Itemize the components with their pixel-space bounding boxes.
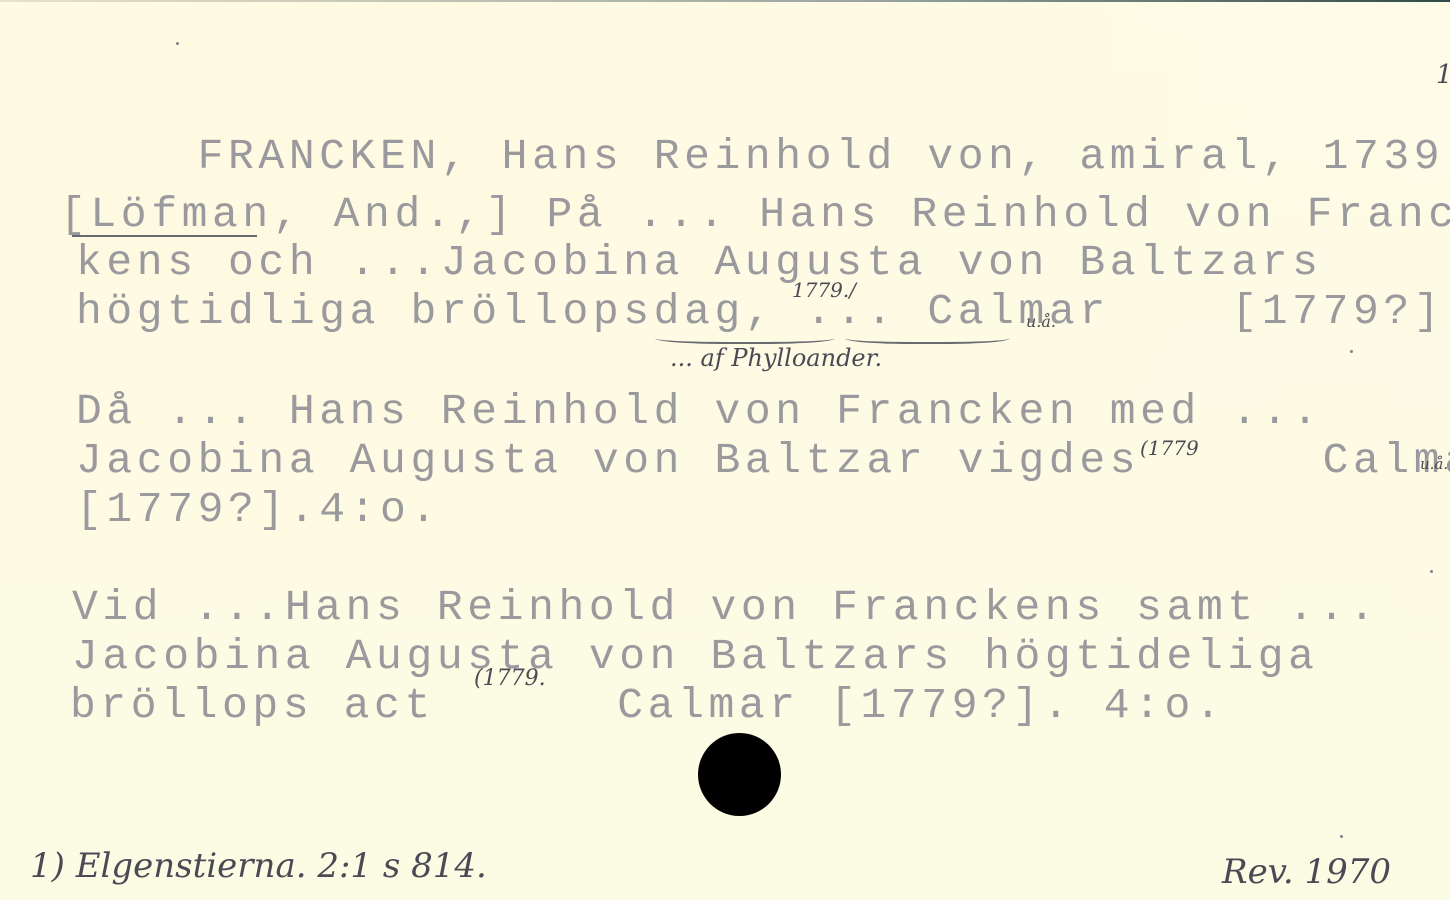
card-top-edge [0, 0, 1450, 2]
entry-2-handwritten-u-a: u.å. [1420, 455, 1448, 473]
entry-2-line-1: Då ... Hans Reinhold von Francken med ..… [76, 390, 1323, 433]
paper-speck [1350, 350, 1353, 353]
entry-2-line-3: [1779?].4:o. [76, 488, 441, 531]
paper-speck [1340, 835, 1343, 838]
heading-rest: Hans Reinhold von, amiral, 1739-1813 [471, 132, 1450, 181]
entry-1-handwritten-u-a: u.å. [1026, 312, 1056, 331]
paper-speck [1430, 570, 1433, 573]
entry-1-line-1: [Löfman, And.,] På ... Hans Reinhold von… [60, 193, 1450, 236]
footnote-reference: 1) Elgenstierna. 2:1 s 814. [30, 846, 487, 886]
entry-2-handwritten-year: (1779 [1140, 436, 1199, 460]
entry-1-handwritten-attribution: ... af Phylloander. [670, 344, 882, 372]
entry-3-line-2: Jacobina Augusta von Baltzars högtidelig… [72, 635, 1319, 678]
entry-1-line-2: kens och ...Jacobina Augusta von Baltzar… [76, 241, 1323, 284]
entry-3-line-3: bröllops act Calmar [1779?]. 4:o. [70, 684, 1225, 727]
entry-1-handwritten-year: 1779./ [792, 278, 856, 302]
catalog-card: FRANCKEN, Hans Reinhold von, amiral, 173… [0, 0, 1450, 900]
brace-left [655, 330, 835, 344]
revision-note: Rev. 1970 [1222, 852, 1391, 892]
heading-surname: FRANCKEN, [198, 132, 472, 181]
entry-2-line-2: Jacobina Augusta von Baltzar vigdes Calm… [76, 439, 1450, 482]
author-underline [72, 235, 257, 237]
paper-speck [176, 42, 179, 45]
footnote-mark: 1 [1436, 60, 1450, 90]
punch-hole [698, 733, 781, 816]
brace-right [845, 330, 1010, 344]
entry-3-handwritten-year: (1779. [474, 666, 546, 691]
entry-1-line-3: högtidliga bröllopsdag, ... Calmar [1779… [76, 290, 1450, 333]
entry-3-line-1: Vid ...Hans Reinhold von Franckens samt … [72, 586, 1379, 629]
